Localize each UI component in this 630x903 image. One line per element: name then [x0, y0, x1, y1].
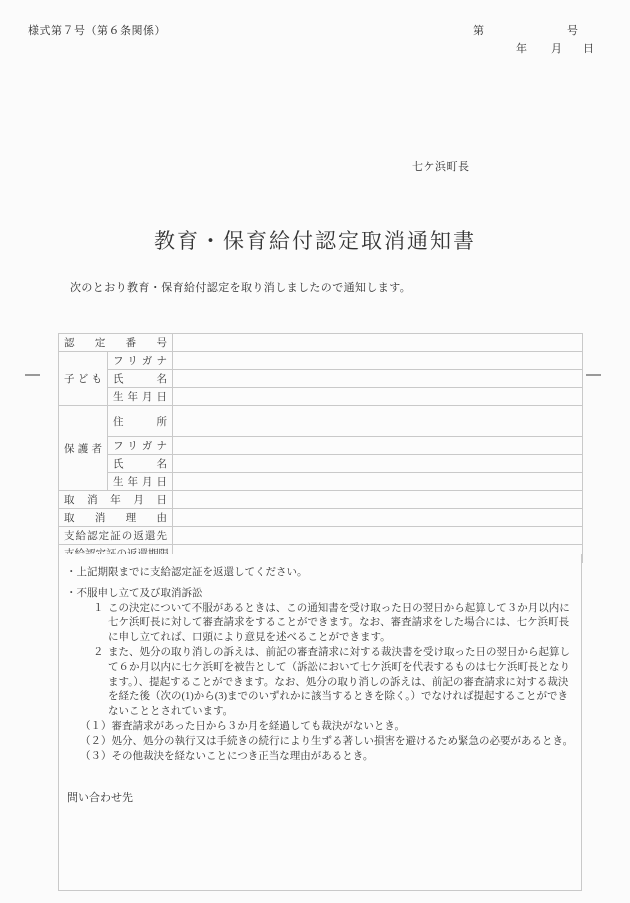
appeal-exception-2: （２）処分、処分の執行又は手続きの続行により生ずる著しい損害を避けるため緊急の必… — [80, 735, 575, 750]
table-row: 取消年月日 — [59, 491, 583, 509]
cancel-reason-label: 取消理由 — [59, 509, 173, 527]
form-number: 様式第７号（第６条関係） — [28, 22, 166, 38]
guardian-birthdate-label: 生年月日 — [108, 473, 173, 491]
cert-number-label: 認定番号 — [59, 334, 173, 352]
guardian-address-value — [173, 406, 583, 437]
note-return-certificate: ・上記期限までに支給認定証を返還してください。 — [66, 566, 571, 581]
center-mark-left — [25, 374, 40, 376]
addressee: 七ケ浜町長 — [412, 158, 470, 174]
guardian-furigana-label: フリガナ — [108, 437, 173, 455]
child-birthdate-label: 生年月日 — [108, 388, 173, 406]
child-furigana-value — [173, 352, 583, 370]
doc-number-prefix: 第 — [473, 22, 485, 38]
doc-number-suffix: 号 — [567, 22, 579, 38]
date-month-label: 月 — [551, 40, 563, 56]
cert-number-value — [173, 334, 583, 352]
appeal-item-2-number: ２ — [93, 646, 108, 720]
guardian-birthdate-value — [173, 473, 583, 491]
cancel-date-value — [173, 491, 583, 509]
appeal-item-1: １ この決定について不服があるときは、この通知書を受け取った日の翌日から起算して… — [93, 602, 573, 646]
cert-return-to-value — [173, 527, 583, 545]
date-day-label: 日 — [583, 40, 595, 56]
guardian-name-label: 氏名 — [108, 455, 173, 473]
child-birthdate-value — [173, 388, 583, 406]
guardian-name-value — [173, 455, 583, 473]
table-row: 認定番号 — [59, 334, 583, 352]
table-row: 子ども フリガナ — [59, 352, 583, 370]
contact-label: 問い合わせ先 — [67, 791, 581, 806]
appeal-item-1-number: １ — [93, 602, 108, 646]
document-page: 様式第７号（第６条関係） 第 号 年 月 日 七ケ浜町長 教育・保育給付認定取消… — [0, 0, 630, 903]
date-year-label: 年 — [516, 40, 528, 56]
guardian-address-label: 住所 — [108, 406, 173, 437]
notes-box: ・上記期限までに支給認定証を返還してください。 ・不服申し立て及び取消訴訟 １ … — [58, 554, 582, 891]
table-row: 支給認定証の返還先 — [59, 527, 583, 545]
table-row: フリガナ — [59, 437, 583, 455]
table-row: 取消理由 — [59, 509, 583, 527]
table-row: 氏名 — [59, 455, 583, 473]
table-row: 保護者 住所 — [59, 406, 583, 437]
note-appeal-heading: ・不服申し立て及び取消訴訟 — [66, 587, 571, 602]
page-title: 教育・保育給付認定取消通知書 — [0, 225, 630, 255]
intro-text: 次のとおり教育・保育給付認定を取り消しましたので通知します。 — [70, 279, 411, 295]
center-mark-right — [586, 374, 601, 376]
guardian-group-label: 保護者 — [59, 406, 108, 491]
child-group-label: 子ども — [59, 352, 108, 406]
appeal-item-2-text: また、処分の取り消しの訴えは、前記の審査請求に対する裁決書を受け取った日の翌日か… — [108, 646, 573, 720]
child-furigana-label: フリガナ — [108, 352, 173, 370]
cancel-reason-value — [173, 509, 583, 527]
appeal-item-2: ２ また、処分の取り消しの訴えは、前記の審査請求に対する裁決書を受け取った日の翌… — [93, 646, 573, 720]
table-row: 生年月日 — [59, 388, 583, 406]
cert-return-to-label: 支給認定証の返還先 — [59, 527, 173, 545]
form-table-wrapper: 認定番号 子ども フリガナ 氏名 生年月日 保護者 — [58, 333, 583, 563]
guardian-furigana-value — [173, 437, 583, 455]
cancel-date-label: 取消年月日 — [59, 491, 173, 509]
child-name-label: 氏名 — [108, 370, 173, 388]
appeal-exception-3: （３）その他裁決を経ないことにつき正当な理由があるとき。 — [80, 750, 575, 765]
appeal-exception-1: （１）審査請求があった日から３か月を経過しても裁決がないとき。 — [80, 720, 575, 735]
table-row: 氏名 — [59, 370, 583, 388]
form-table: 認定番号 子ども フリガナ 氏名 生年月日 保護者 — [58, 333, 583, 563]
child-name-value — [173, 370, 583, 388]
appeal-item-1-text: この決定について不服があるときは、この通知書を受け取った日の翌日から起算して３か… — [108, 602, 573, 646]
table-row: 生年月日 — [59, 473, 583, 491]
